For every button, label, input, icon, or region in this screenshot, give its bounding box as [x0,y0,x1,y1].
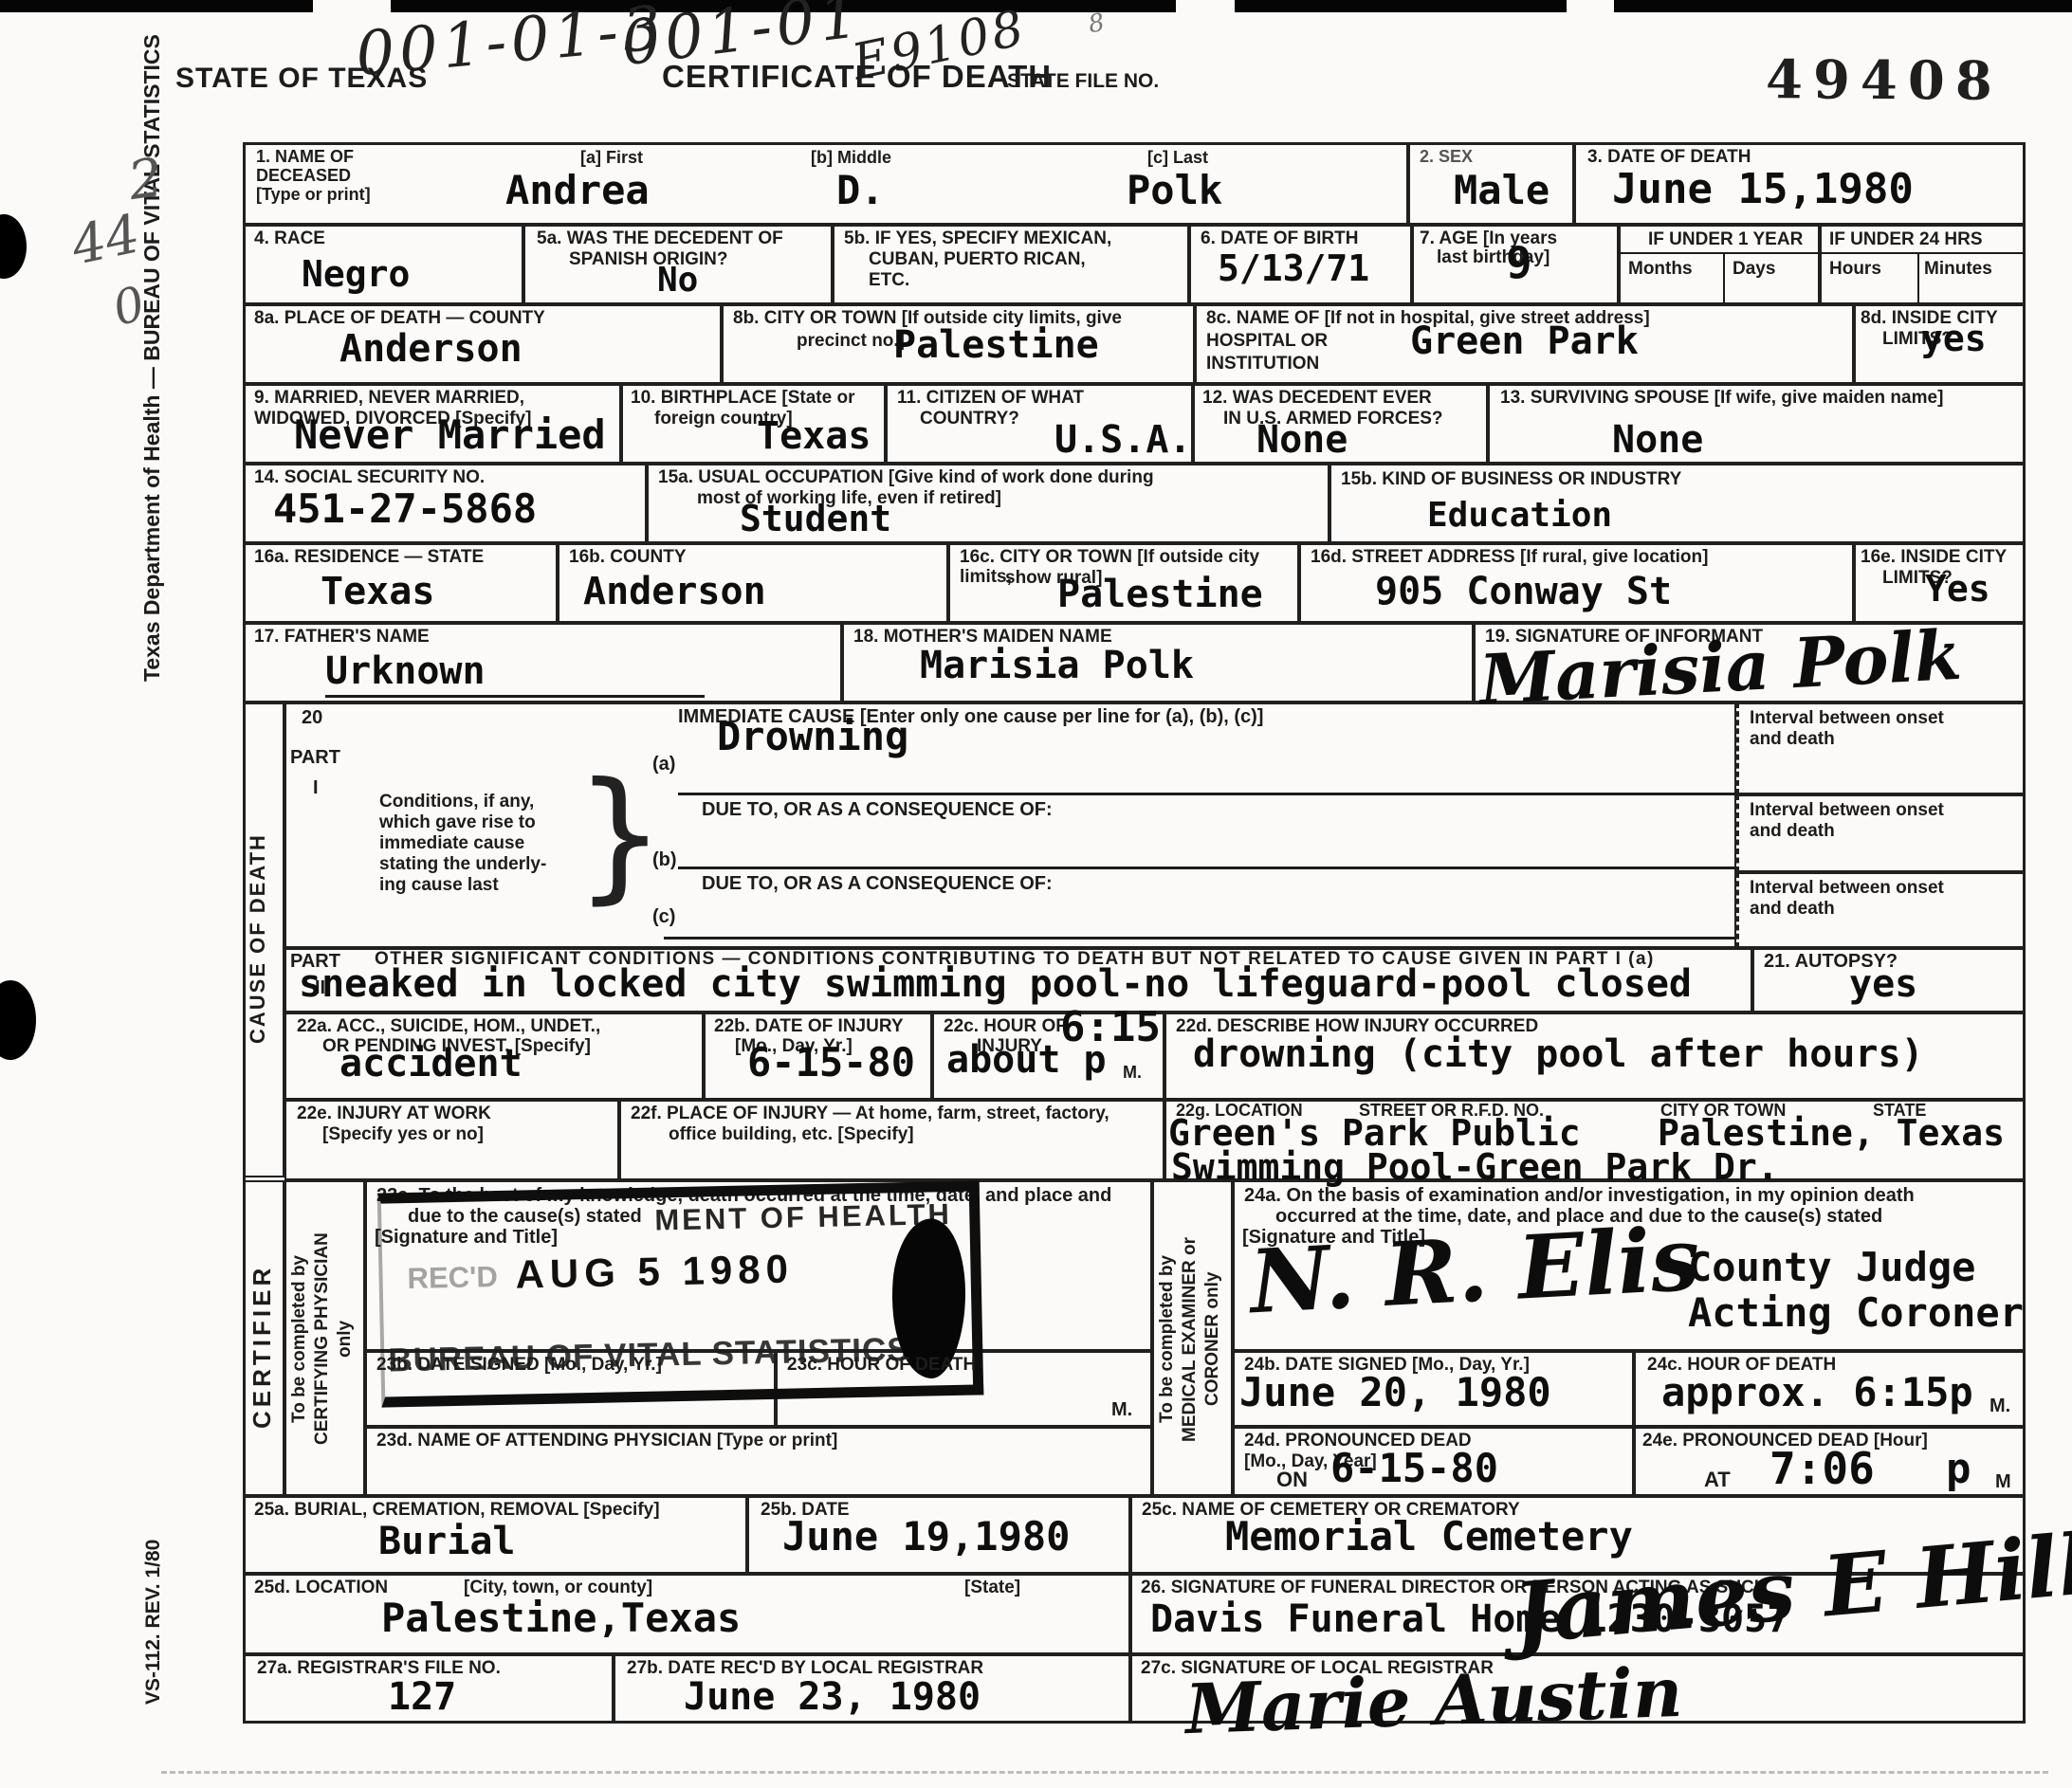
document-title: CERTIFICATE OF DEATH [662,60,1052,94]
citizen-value: U.S.A. [1054,421,1192,459]
mothers-maiden-name-value: Marisia Polk [920,647,1194,684]
stamp-recd-text: REC'D [407,1260,498,1296]
certifying-physician-note: only [336,1190,356,1488]
marital-status-label: 9. MARRIED, NEVER MARRIED, [254,389,524,409]
inside-city-limits-value: yes [1921,320,1987,356]
ssn-value: 451-27-5868 [273,489,537,529]
last-name-value: Polk [1127,171,1222,210]
form-code: VS-112. REV. 1/80 [142,1484,164,1761]
scan-top-gap [1176,0,1235,12]
line-b-label: (b) [652,849,677,870]
fathers-name-label: 17. FATHER'S NAME [254,628,430,648]
conditions-note: stating the underly- [379,855,546,875]
physician-date-signed-label: 23b. DATE SIGNED [Mo., Day, Yr.] [376,1356,662,1376]
hole-punch [0,980,36,1060]
line-c-label: (c) [652,906,675,927]
minutes-label: Minutes [1924,260,1992,280]
burial-value: Burial [378,1523,516,1560]
business-industry-label: 15b. KIND OF BUSINESS OR INDUSTRY [1341,470,1681,490]
last-name-label: [c] Last [1147,149,1208,168]
surviving-spouse-value: None [1612,421,1703,459]
conditions-brace: } [575,764,665,906]
spanish-origin-label: SPANISH ORIGIN? [569,250,728,270]
scan-top-gap [313,0,391,12]
grid-line [1723,252,1725,304]
medical-examiner-note: CORONER only [1203,1190,1223,1488]
residence-city-value: Palestine [1057,575,1263,613]
residence-county-value: Anderson [583,573,766,611]
injury-location-street-value2: Swimming Pool-Green Park Dr. [1171,1149,1779,1185]
date-of-injury-value: 6-15-80 [747,1043,915,1083]
certifying-physician-note: To be completed by [290,1190,310,1488]
middle-name-value: D. [836,171,885,210]
spanish-origin-value: No [657,264,698,298]
part-1-label: PART [290,747,340,768]
local-registrar-signature: Marie Austin [1184,1658,1683,1743]
how-injury-occurred-value: drowning (city pool after hours) [1193,1035,1924,1073]
medical-examiner-note: MEDICAL EXAMINER or [1181,1190,1201,1488]
coroner-title: Acting Coroner [1688,1293,2024,1333]
state-title: STATE OF TEXAS [175,63,428,94]
birthplace-label: 10. BIRTHPLACE [State or [631,389,854,409]
line-b-rule [678,867,1736,869]
registrar-file-no-value: 127 [388,1678,456,1716]
registrar-file-no-label: 27a. REGISTRAR'S FILE NO. [257,1659,501,1679]
residence-inside-city-label: 16e. INSIDE CITY [1861,548,2007,568]
place-of-death-value: Anderson [339,330,523,368]
coroner-certification-label: 24a. On the basis of examination and/or … [1244,1185,1915,1206]
burial-location-state-label: [State] [964,1578,1020,1598]
coroner-date-signed-value: June 20, 1980 [1239,1373,1551,1413]
scan-bottom-edge [161,1771,2048,1774]
under-24-hrs-header: IF UNDER 24 HRS [1829,230,1983,250]
due-to-label: DUE TO, OR AS A CONSEQUENCE OF: [702,873,1053,894]
stamp-date: AUG 5 1980 [515,1246,794,1297]
state-file-no-label: STATE FILE NO. [1007,70,1159,92]
street-address-label: 16d. STREET ADDRESS [If rural, give loca… [1311,548,1708,568]
specify-origin-label: 5b. IF YES, SPECIFY MEXICAN, [844,229,1111,249]
citizen-label: 11. CITIZEN OF WHAT [897,389,1084,409]
date-recd-value: June 23, 1980 [684,1678,981,1716]
date-of-birth-label: 6. DATE OF BIRTH [1201,229,1358,249]
certifying-physician-note: CERTIFYING PHYSICIAN [313,1190,333,1488]
manner-of-death-value: accident [339,1045,523,1083]
interval-label: and death [1750,730,1835,750]
hour-of-injury-label: 22c. HOUR OF [944,1017,1067,1037]
grid-line [1917,252,1919,304]
medical-examiner-note: To be completed by [1158,1190,1178,1488]
coroner-signature: N. R. Elis [1248,1215,1702,1326]
race-label: 4. RACE [254,229,325,249]
physician-hour-meridiem: M. [1111,1399,1132,1420]
date-of-birth-value: 5/13/71 [1218,250,1369,286]
handwritten-mark: 8 [1087,10,1107,37]
hour-of-injury-meridiem: M. [1123,1064,1142,1083]
interval-label: Interval between onset [1750,801,1944,821]
interval-label: and death [1750,822,1835,842]
burial-location-value: Palestine,Texas [381,1598,741,1638]
hours-label: Hours [1829,260,1881,280]
margin-agency-text: Texas Department of Health — BUREAU OF V… [140,8,164,709]
pronounced-dead-meridiem: M [1995,1471,2011,1492]
age-value: 9 [1506,241,1532,284]
marital-status-value: Never Married [294,415,606,455]
street-address-value: 905 Conway St [1375,573,1672,611]
date-of-injury-label: 22b. DATE OF INJURY [714,1017,904,1037]
pronounced-dead-date-value: 6-15-80 [1330,1449,1498,1488]
age-label: 7. AGE [In years [1420,229,1557,249]
residence-state-label: 16a. RESIDENCE — STATE [254,548,484,568]
fathers-name-underline [325,695,705,698]
hour-of-death-meridiem: M. [1989,1396,2010,1416]
other-conditions-value: sneaked in locked city swimming pool-no … [299,965,1692,1003]
field-1-label: 1. NAME OF [256,148,354,167]
surviving-spouse-label: 13. SURVIVING SPOUSE [If wife, give maid… [1500,389,1943,409]
citizen-label: COUNTRY? [920,410,1019,429]
manner-of-death-label: 22a. ACC., SUICIDE, HOM., UNDET., [297,1017,600,1037]
occupation-value: Student [740,501,891,537]
state-file-no-stamp: 49408 [1766,48,2003,113]
hospital-label: HOSPITAL OR [1206,332,1328,352]
cause-of-death-sidebar: CAUSE OF DEATH [247,749,269,1128]
burial-label: 25a. BURIAL, CREMATION, REMOVAL [Specify… [254,1501,660,1521]
attending-physician-label: 23d. NAME OF ATTENDING PHYSICIAN [Type o… [376,1432,837,1451]
conditions-note: ing cause last [379,876,499,896]
death-certificate-page: 001-01-3 001-01 E9108 8 STATE OF TEXAS C… [0,0,2072,1788]
specify-origin-label: ETC. [869,271,909,291]
birthplace-value: Texas [757,417,871,455]
place-of-injury-label: office building, etc. [Specify] [669,1125,914,1145]
margin-handwritten-mark: 2 [125,152,166,209]
conditions-note: immediate cause [379,834,524,854]
sex-value: Male [1454,171,1549,210]
autopsy-value: yes [1849,965,1917,1003]
middle-name-label: [b] Middle [811,149,891,168]
interval-label: and death [1750,900,1835,920]
interval-label: Interval between onset [1750,709,1944,729]
scan-top-gap [1567,0,1614,12]
months-label: Months [1628,260,1693,280]
days-label: Days [1733,260,1775,280]
city-or-town-value: Palestine [893,326,1099,364]
armed-forces-label: 12. WAS DECEDENT EVER [1202,389,1432,409]
physician-hour-of-death-label: 23c. HOUR OF DEATH [787,1356,976,1376]
age-label: last birthday] [1437,248,1549,268]
specify-origin-label: CUBAN, PUERTO RICAN, [869,250,1086,270]
pronounced-dead-hour-value: 7:06 [1769,1447,1875,1490]
burial-location-label: 25d. LOCATION [254,1578,388,1598]
spanish-origin-label: 5a. WAS THE DECEDENT OF [537,229,783,249]
due-to-label: DUE TO, OR AS A CONSEQUENCE OF: [702,799,1053,820]
line-a-rule [678,793,1736,795]
first-name-label: [a] First [580,149,643,168]
race-value: Negro [302,256,410,292]
occupation-label: 15a. USUAL OCCUPATION [Give kind of work… [658,468,1154,488]
grid-line [1619,252,2026,254]
business-industry-value: Education [1427,499,1612,533]
hour-of-death-value: approx. 6:15p [1661,1373,1973,1413]
fathers-name-value: Urknown [325,652,486,690]
injury-at-work-label: [Specify yes or no] [322,1125,484,1145]
line-c-rule [664,937,1736,940]
pronounced-dead-at-label: AT [1704,1469,1731,1491]
coroner-title: County Judge [1688,1248,1975,1287]
conditions-note: which gave rise to [379,813,536,833]
residence-county-label: 16b. COUNTY [569,548,687,568]
field-1-label: DECEASED [256,167,351,186]
field-1-label: [Type or print] [256,186,371,205]
injury-at-work-label: 22e. INJURY AT WORK [297,1104,491,1124]
pronounced-dead-on-label: ON [1276,1469,1308,1491]
interval-label: Interval between onset [1750,879,1944,899]
place-of-death-label: 8a. PLACE OF DEATH — COUNTY [254,309,545,329]
burial-date-value: June 19,1980 [782,1517,1070,1557]
hospital-value: Green Park [1410,322,1639,360]
date-of-death-value: June 15,1980 [1612,169,1914,210]
place-of-injury-label: 22f. PLACE OF INJURY — At home, farm, st… [631,1104,1109,1124]
conditions-note: Conditions, if any, [379,793,534,812]
scan-top-edge [0,0,2072,12]
under-1-year-header: IF UNDER 1 YEAR [1648,230,1803,250]
immediate-cause-value: Drowning [717,717,908,757]
part-1-roman: I [313,777,319,798]
field-20-number: 20 [302,707,322,728]
hospital-label: INSTITUTION [1206,355,1319,374]
residence-inside-city-value: Yes [1925,571,1990,607]
sex-label: 2. SEX [1420,148,1473,167]
hour-of-injury-about: about p [946,1041,1107,1079]
cemetery-value: Memorial Cemetery [1225,1517,1633,1557]
pronounced-dead-meridiem: p [1946,1449,1971,1490]
armed-forces-value: None [1256,421,1348,459]
residence-state-value: Texas [321,573,434,611]
city-or-town-label: precinct no.] [797,332,905,352]
margin-handwritten-mark: 44 [67,208,144,274]
certifier-sidebar: CERTIFIER [248,1242,276,1450]
hole-punch [0,214,27,279]
line-a-label: (a) [652,754,675,775]
first-name-value: Andrea [505,171,650,210]
